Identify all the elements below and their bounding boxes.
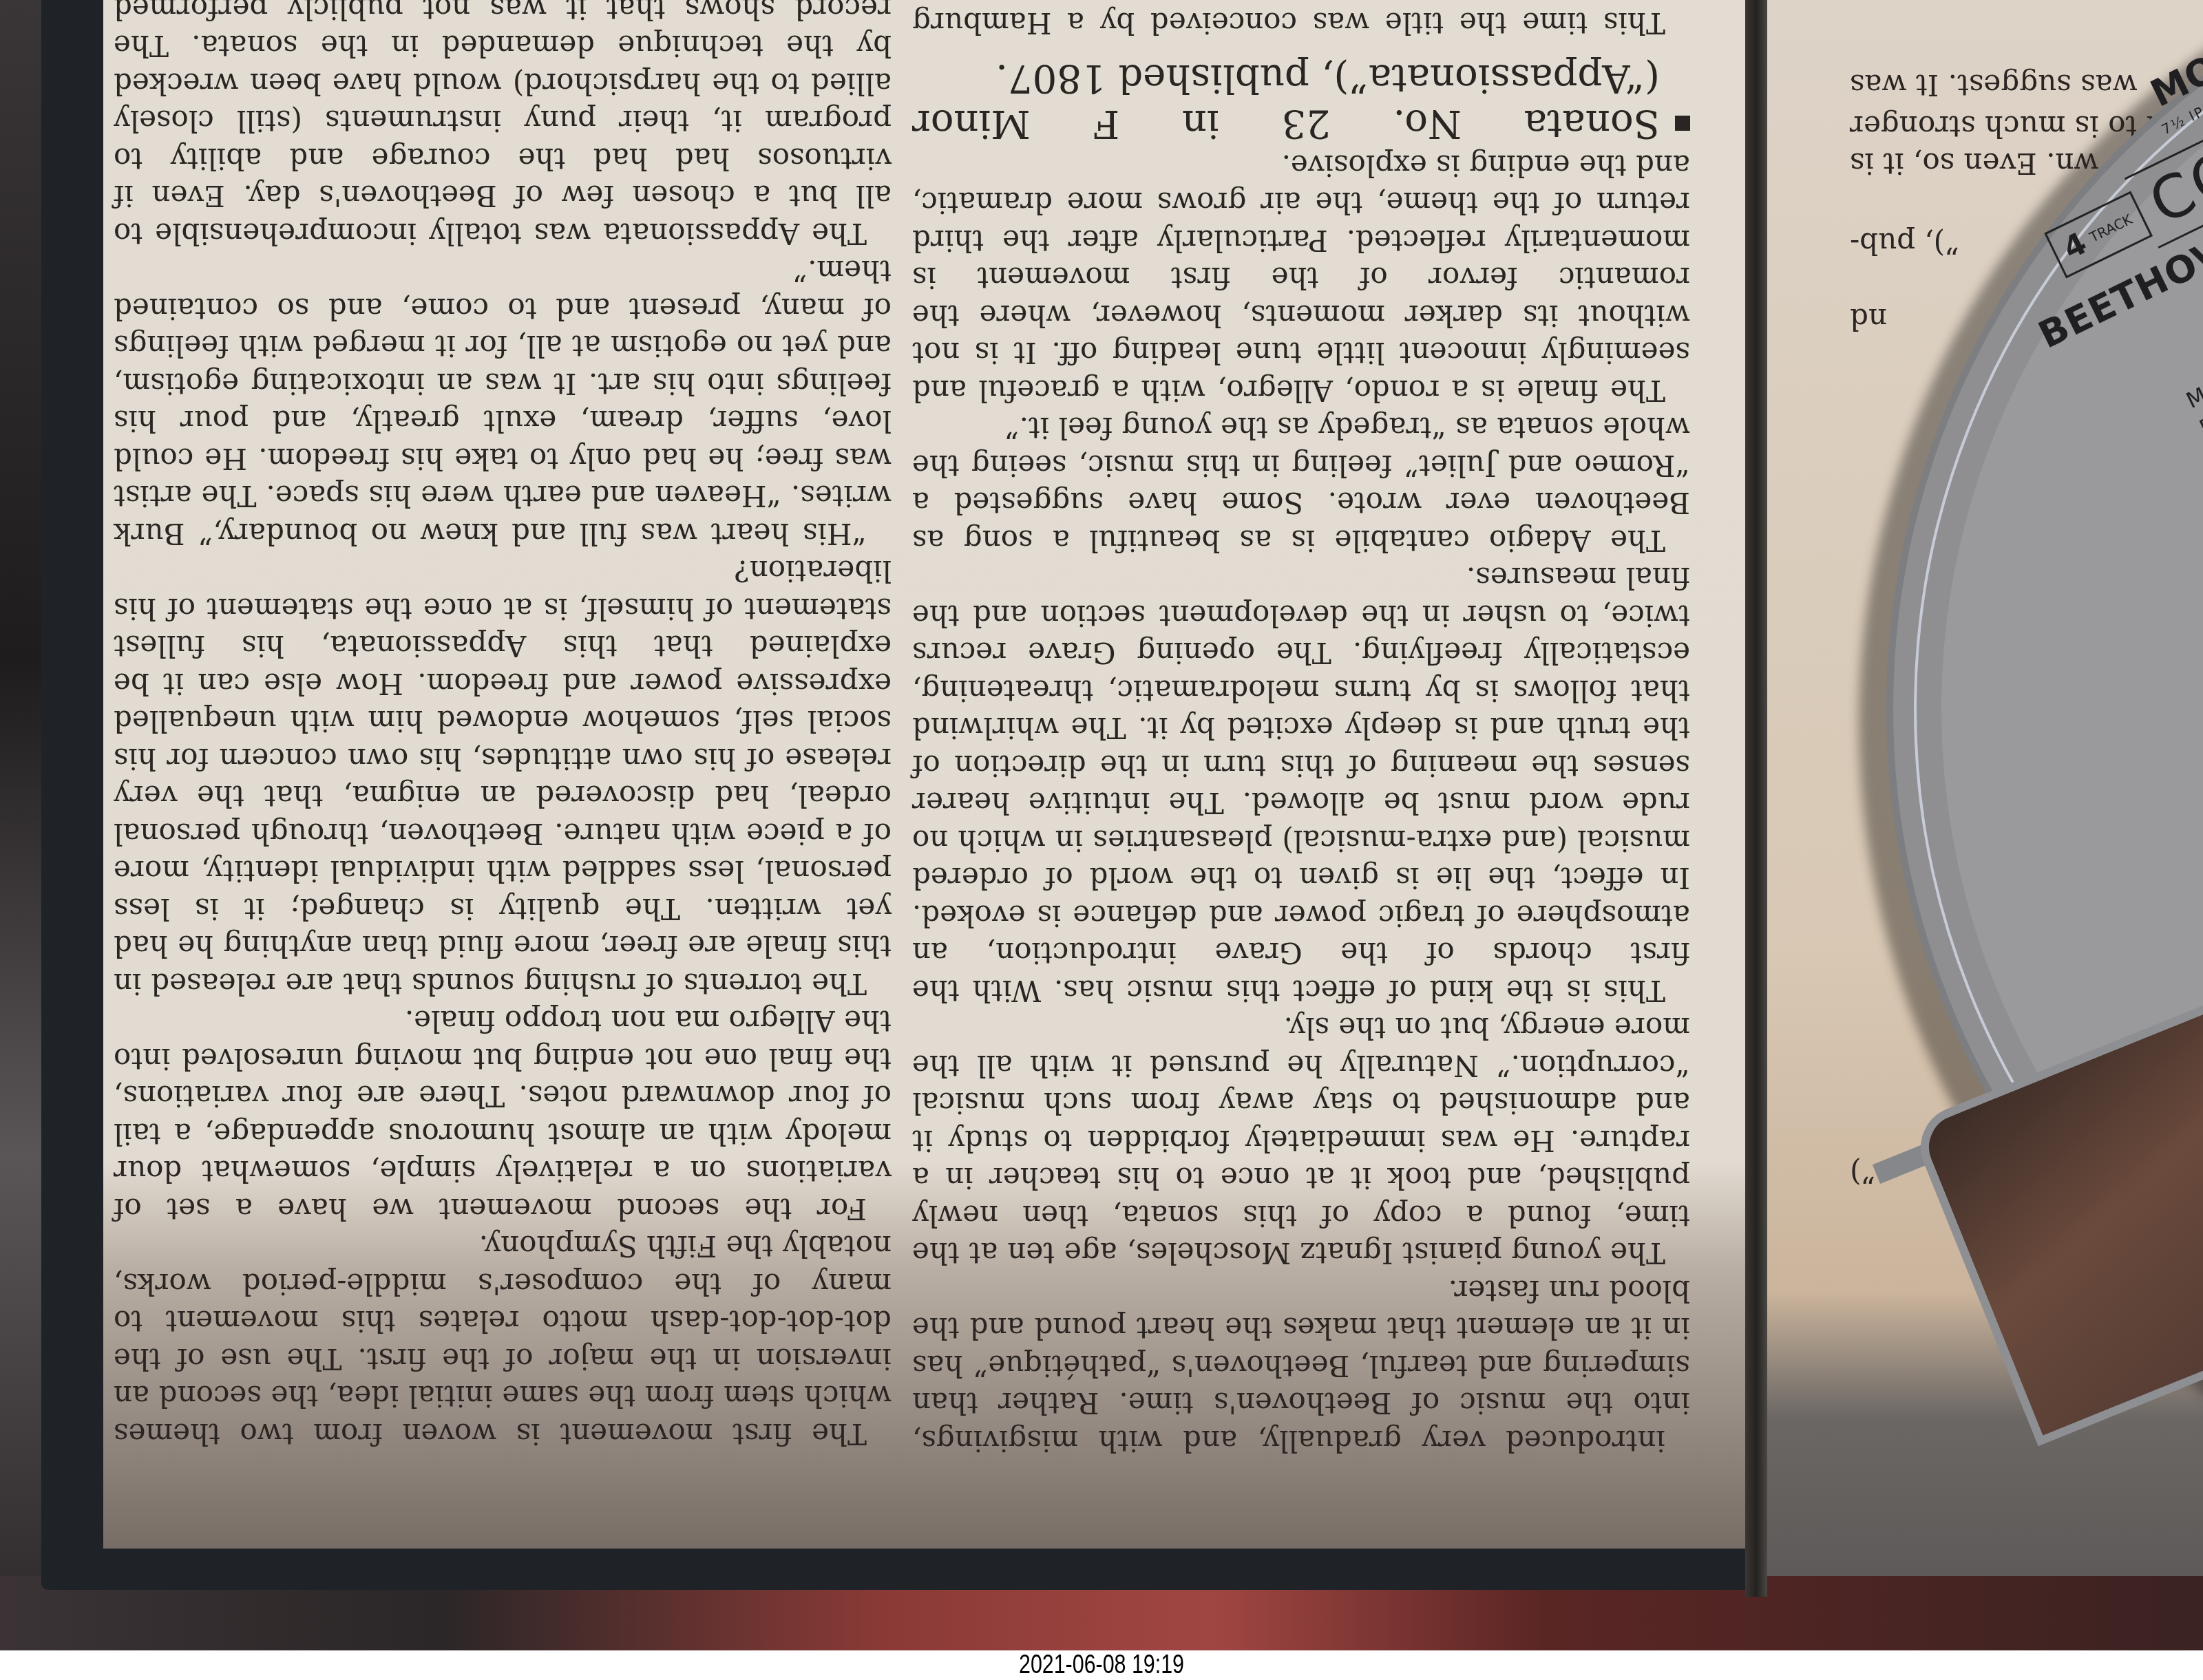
text-fragment: nd [1850, 300, 1887, 337]
paragraph: introduced very gradually, and with misg… [912, 1272, 1690, 1460]
text-fragment: wn. Even so, it is [1850, 145, 2099, 182]
text-fragment: ”) [1850, 1153, 1876, 1191]
photo-timestamp: 2021-06-08 19:19 [220, 1650, 1983, 1680]
liner-column-left: introduced very gradually, and with misg… [912, 0, 1690, 1459]
paragraph: “His heart was full and knew no boundary… [114, 252, 892, 552]
box-divider [1745, 0, 1767, 1597]
bullet-square-icon [1675, 116, 1690, 131]
paragraph: The torrents of rushing sounds that are … [114, 552, 892, 1002]
liner-notes-rotated: introduced very gradually, and with misg… [103, 0, 1745, 1549]
text-fragment: ”), pub- [1850, 224, 1960, 262]
liner-notes-page: introduced very gradually, and with misg… [103, 0, 1745, 1549]
paragraph: The first movement is woven from two the… [114, 1227, 892, 1452]
section-heading: Sonata No. 23 in F Minor (“Appassionata”… [912, 56, 1690, 147]
photo: introduced very gradually, and with misg… [0, 0, 2203, 1650]
paragraph: The Adagio cantabile is as beautiful a s… [912, 409, 1690, 559]
paragraph: The Appassionata was totally incomprehen… [114, 0, 892, 252]
heading-text: Sonata No. 23 in F Minor (“Appassionata”… [912, 56, 1660, 147]
paragraph: The young pianist Ignatz Moscheles, age … [912, 1009, 1690, 1272]
track-label: TRACK [2087, 211, 2136, 245]
paragraph: The finale is a rondo, Allegro, with a g… [912, 147, 1690, 410]
text-fragment: was suggest. It was [1850, 66, 2138, 103]
liner-column-right: The first movement is woven from two the… [114, 0, 892, 1452]
paragraph: For the second movement we have a set of… [114, 1002, 892, 1227]
paragraph: This is the kind of effect this music ha… [912, 559, 1690, 1009]
paragraph: This time the title was conceived by a H… [912, 0, 1690, 42]
